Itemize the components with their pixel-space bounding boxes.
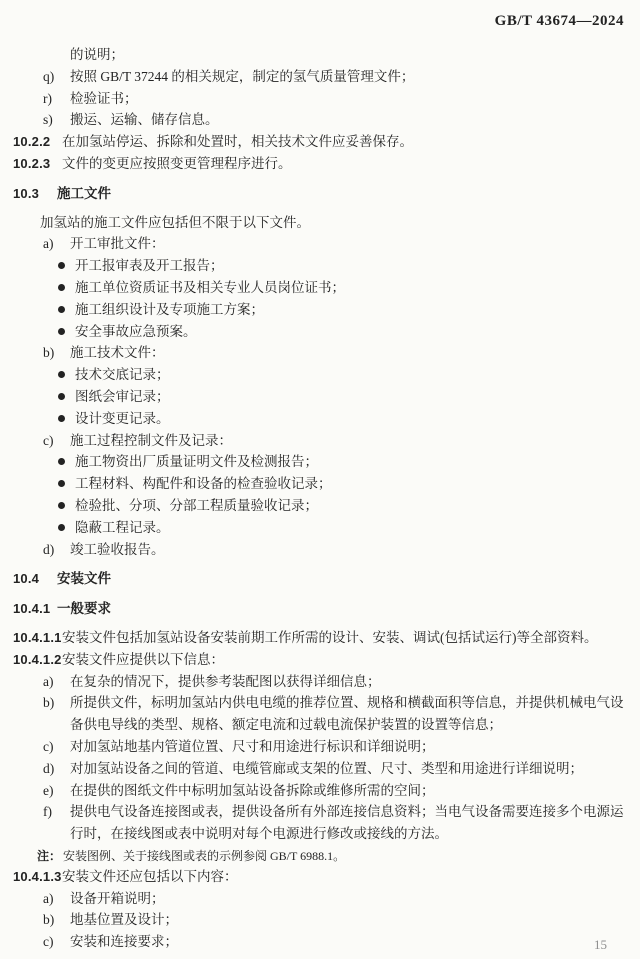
line-text: 所提供文件，标明加氢站内供电电缆的推荐位置、规格和横截面积等信息，并提供机械电气… (70, 695, 624, 732)
line-text: 安装文件包括加氢站设备安装前期工作所需的设计、安装、调试(包括试运行)等全部资料… (62, 630, 598, 645)
line-text: 一般要求 (57, 601, 111, 616)
line-text: 施工物资出厂质量证明文件及检测报告； (75, 454, 318, 469)
line-text: 地基位置及设计； (70, 912, 178, 927)
doc-line-clause: 10.2.2在加氢站停运、拆除和处置时，相关技术文件应妥善保存。 (0, 131, 640, 153)
line-text: 在提供的图纸文件中标明加氢站设备拆除或维修所需的空间； (70, 783, 435, 798)
line-text: 施工组织设计及专项施工方案； (75, 302, 264, 317)
doc-line-bullet: 检验批、分项、分部工程质量验收记录； (0, 495, 640, 517)
bullet-icon (58, 458, 65, 465)
bullet-icon (58, 328, 65, 335)
line-text: 竣工验收报告。 (70, 542, 165, 557)
line-text: 图纸会审记录； (75, 389, 170, 404)
line-text: 在复杂的情况下，提供参考装配图以获得详细信息； (70, 674, 381, 689)
line-text: 安装文件 (57, 571, 111, 586)
doc-line-item: b)地基位置及设计； (0, 909, 640, 931)
doc-line-heading: 10.4.1一般要求 (0, 598, 640, 620)
line-label: 注： (37, 849, 61, 863)
line-label: 10.4.1.3 (13, 866, 62, 888)
line-label: b) (43, 909, 54, 931)
doc-line-item: s)搬运、运输、储存信息。 (0, 109, 640, 131)
doc-line-note: 注：安装图例、关于接线图或表的示例参阅 GB/T 6988.1。 (0, 846, 640, 866)
doc-line-item: a)设备开箱说明； (0, 888, 640, 910)
bullet-icon (58, 284, 65, 291)
bullet-icon (58, 502, 65, 509)
line-text: 施工单位资质证书及相关专业人员岗位证书； (75, 280, 345, 295)
line-text: 加氢站的施工文件应包括但不限于以下文件。 (40, 215, 310, 230)
doc-line-item: a)在复杂的情况下，提供参考装配图以获得详细信息； (0, 671, 640, 693)
doc-line-item: b)施工技术文件： (0, 342, 640, 364)
line-label: a) (43, 888, 54, 910)
bullet-icon (58, 415, 65, 422)
doc-line-bullet: 隐蔽工程记录。 (0, 517, 640, 539)
doc-line-bullet: 图纸会审记录； (0, 386, 640, 408)
line-label: 10.4.1.1 (13, 627, 62, 649)
line-text: 技术交底记录； (75, 367, 170, 382)
doc-line-heading: 10.4安装文件 (0, 568, 640, 590)
doc-line-item: e)在提供的图纸文件中标明加氢站设备拆除或维修所需的空间； (0, 780, 640, 802)
doc-line-item: c)施工过程控制文件及记录： (0, 430, 640, 452)
doc-line-bullet: 工程材料、构配件和设备的检查验收记录； (0, 473, 640, 495)
doc-line-item: b)所提供文件，标明加氢站内供电电缆的推荐位置、规格和横截面积等信息，并提供机械… (0, 692, 640, 736)
line-text: 在加氢站停运、拆除和处置时，相关技术文件应妥善保存。 (62, 134, 413, 149)
bullet-icon (58, 371, 65, 378)
line-text: 开工报审表及开工报告； (75, 258, 224, 273)
line-text: 文件的变更应按照变更管理程序进行。 (62, 156, 292, 171)
doc-line-item: d)对加氢站设备之间的管道、电缆管廊或支架的位置、尺寸、类型和用途进行详细说明； (0, 758, 640, 780)
line-label: a) (43, 233, 54, 255)
line-label: d) (43, 758, 54, 780)
line-label: e) (43, 780, 54, 802)
line-text: 按照 GB/T 37244 的相关规定，制定的氢气质量管理文件； (70, 69, 414, 84)
doc-line-clause: 10.4.1.2安装文件应提供以下信息： (0, 649, 640, 671)
line-label: d) (43, 539, 54, 561)
line-label: q) (43, 66, 54, 88)
line-label: b) (43, 692, 54, 714)
line-label: s) (43, 109, 53, 131)
doc-line-item: r)检验证书； (0, 88, 640, 110)
line-text: 设计变更记录。 (75, 411, 170, 426)
doc-line-heading: 10.3施工文件 (0, 183, 640, 205)
line-text: 安装文件应提供以下信息： (62, 652, 224, 667)
line-text: 的说明； (70, 47, 124, 62)
line-label: 10.4.1 (13, 598, 50, 620)
doc-line-paragraph: 加氢站的施工文件应包括但不限于以下文件。 (0, 212, 640, 234)
doc-line-clause: 10.4.1.3安装文件还应包括以下内容： (0, 866, 640, 888)
doc-line-item: f)提供电气设备连接图或表，提供设备所有外部连接信息资料；当电气设备需要连接多个… (0, 801, 640, 845)
line-label: 10.3 (13, 183, 39, 205)
doc-line-item: a)开工审批文件： (0, 233, 640, 255)
doc-line-bullet: 开工报审表及开工报告； (0, 255, 640, 277)
line-label: c) (43, 736, 54, 758)
bullet-icon (58, 393, 65, 400)
doc-line-bullet: 施工物资出厂质量证明文件及检测报告； (0, 451, 640, 473)
line-text: 对加氢站设备之间的管道、电缆管廊或支架的位置、尺寸、类型和用途进行详细说明； (70, 761, 583, 776)
bullet-icon (58, 306, 65, 313)
doc-line-continuation: 的说明； (0, 44, 640, 66)
line-text: 设备开箱说明； (70, 891, 165, 906)
doc-line-item: c)对加氢站地基内管道位置、尺寸和用途进行标识和详细说明； (0, 736, 640, 758)
doc-line-item: q)按照 GB/T 37244 的相关规定，制定的氢气质量管理文件； (0, 66, 640, 88)
line-text: 检验证书； (70, 91, 138, 106)
document-body: 的说明；q)按照 GB/T 37244 的相关规定，制定的氢气质量管理文件；r)… (0, 44, 640, 953)
line-label: a) (43, 671, 54, 693)
doc-line-bullet: 施工单位资质证书及相关专业人员岗位证书； (0, 277, 640, 299)
line-text: 提供电气设备连接图或表，提供设备所有外部连接信息资料；当电气设备需要连接多个电源… (70, 804, 624, 841)
line-text: 施工文件 (57, 186, 111, 201)
line-text: 安全事故应急预案。 (75, 324, 197, 339)
line-text: 工程材料、构配件和设备的检查验收记录； (75, 476, 332, 491)
line-label: r) (43, 88, 52, 110)
line-label: 10.2.2 (13, 131, 50, 153)
line-label: 10.4 (13, 568, 39, 590)
line-text: 检验批、分项、分部工程质量验收记录； (75, 498, 318, 513)
bullet-icon (58, 262, 65, 269)
doc-line-bullet: 安全事故应急预案。 (0, 321, 640, 343)
line-text: 安装和连接要求； (70, 934, 178, 949)
line-text: 安装文件还应包括以下内容： (62, 869, 238, 884)
line-label: 10.4.1.2 (13, 649, 62, 671)
line-label: c) (43, 430, 54, 452)
bullet-icon (58, 480, 65, 487)
doc-line-clause: 10.2.3文件的变更应按照变更管理程序进行。 (0, 153, 640, 175)
doc-line-bullet: 技术交底记录； (0, 364, 640, 386)
line-label: f) (43, 801, 52, 823)
standard-code: GB/T 43674—2024 (495, 13, 624, 30)
line-text: 对加氢站地基内管道位置、尺寸和用途进行标识和详细说明； (70, 739, 435, 754)
line-label: b) (43, 342, 54, 364)
line-text: 隐蔽工程记录。 (75, 520, 170, 535)
page-number: 15 (594, 937, 607, 953)
document-page: GB/T 43674—2024 的说明；q)按照 GB/T 37244 的相关规… (0, 0, 640, 959)
line-text: 开工审批文件： (70, 236, 165, 251)
line-text: 搬运、运输、储存信息。 (70, 112, 219, 127)
doc-line-item: c)安装和连接要求； (0, 931, 640, 953)
line-text: 施工技术文件： (70, 345, 165, 360)
line-text: 安装图例、关于接线图或表的示例参阅 GB/T 6988.1。 (63, 849, 345, 863)
bullet-icon (58, 524, 65, 531)
line-label: 10.2.3 (13, 153, 50, 175)
doc-line-bullet: 施工组织设计及专项施工方案； (0, 299, 640, 321)
line-text: 施工过程控制文件及记录： (70, 433, 232, 448)
doc-line-bullet: 设计变更记录。 (0, 408, 640, 430)
doc-line-clause: 10.4.1.1安装文件包括加氢站设备安装前期工作所需的设计、安装、调试(包括试… (0, 627, 640, 649)
line-label: c) (43, 931, 54, 953)
doc-line-item: d)竣工验收报告。 (0, 539, 640, 561)
